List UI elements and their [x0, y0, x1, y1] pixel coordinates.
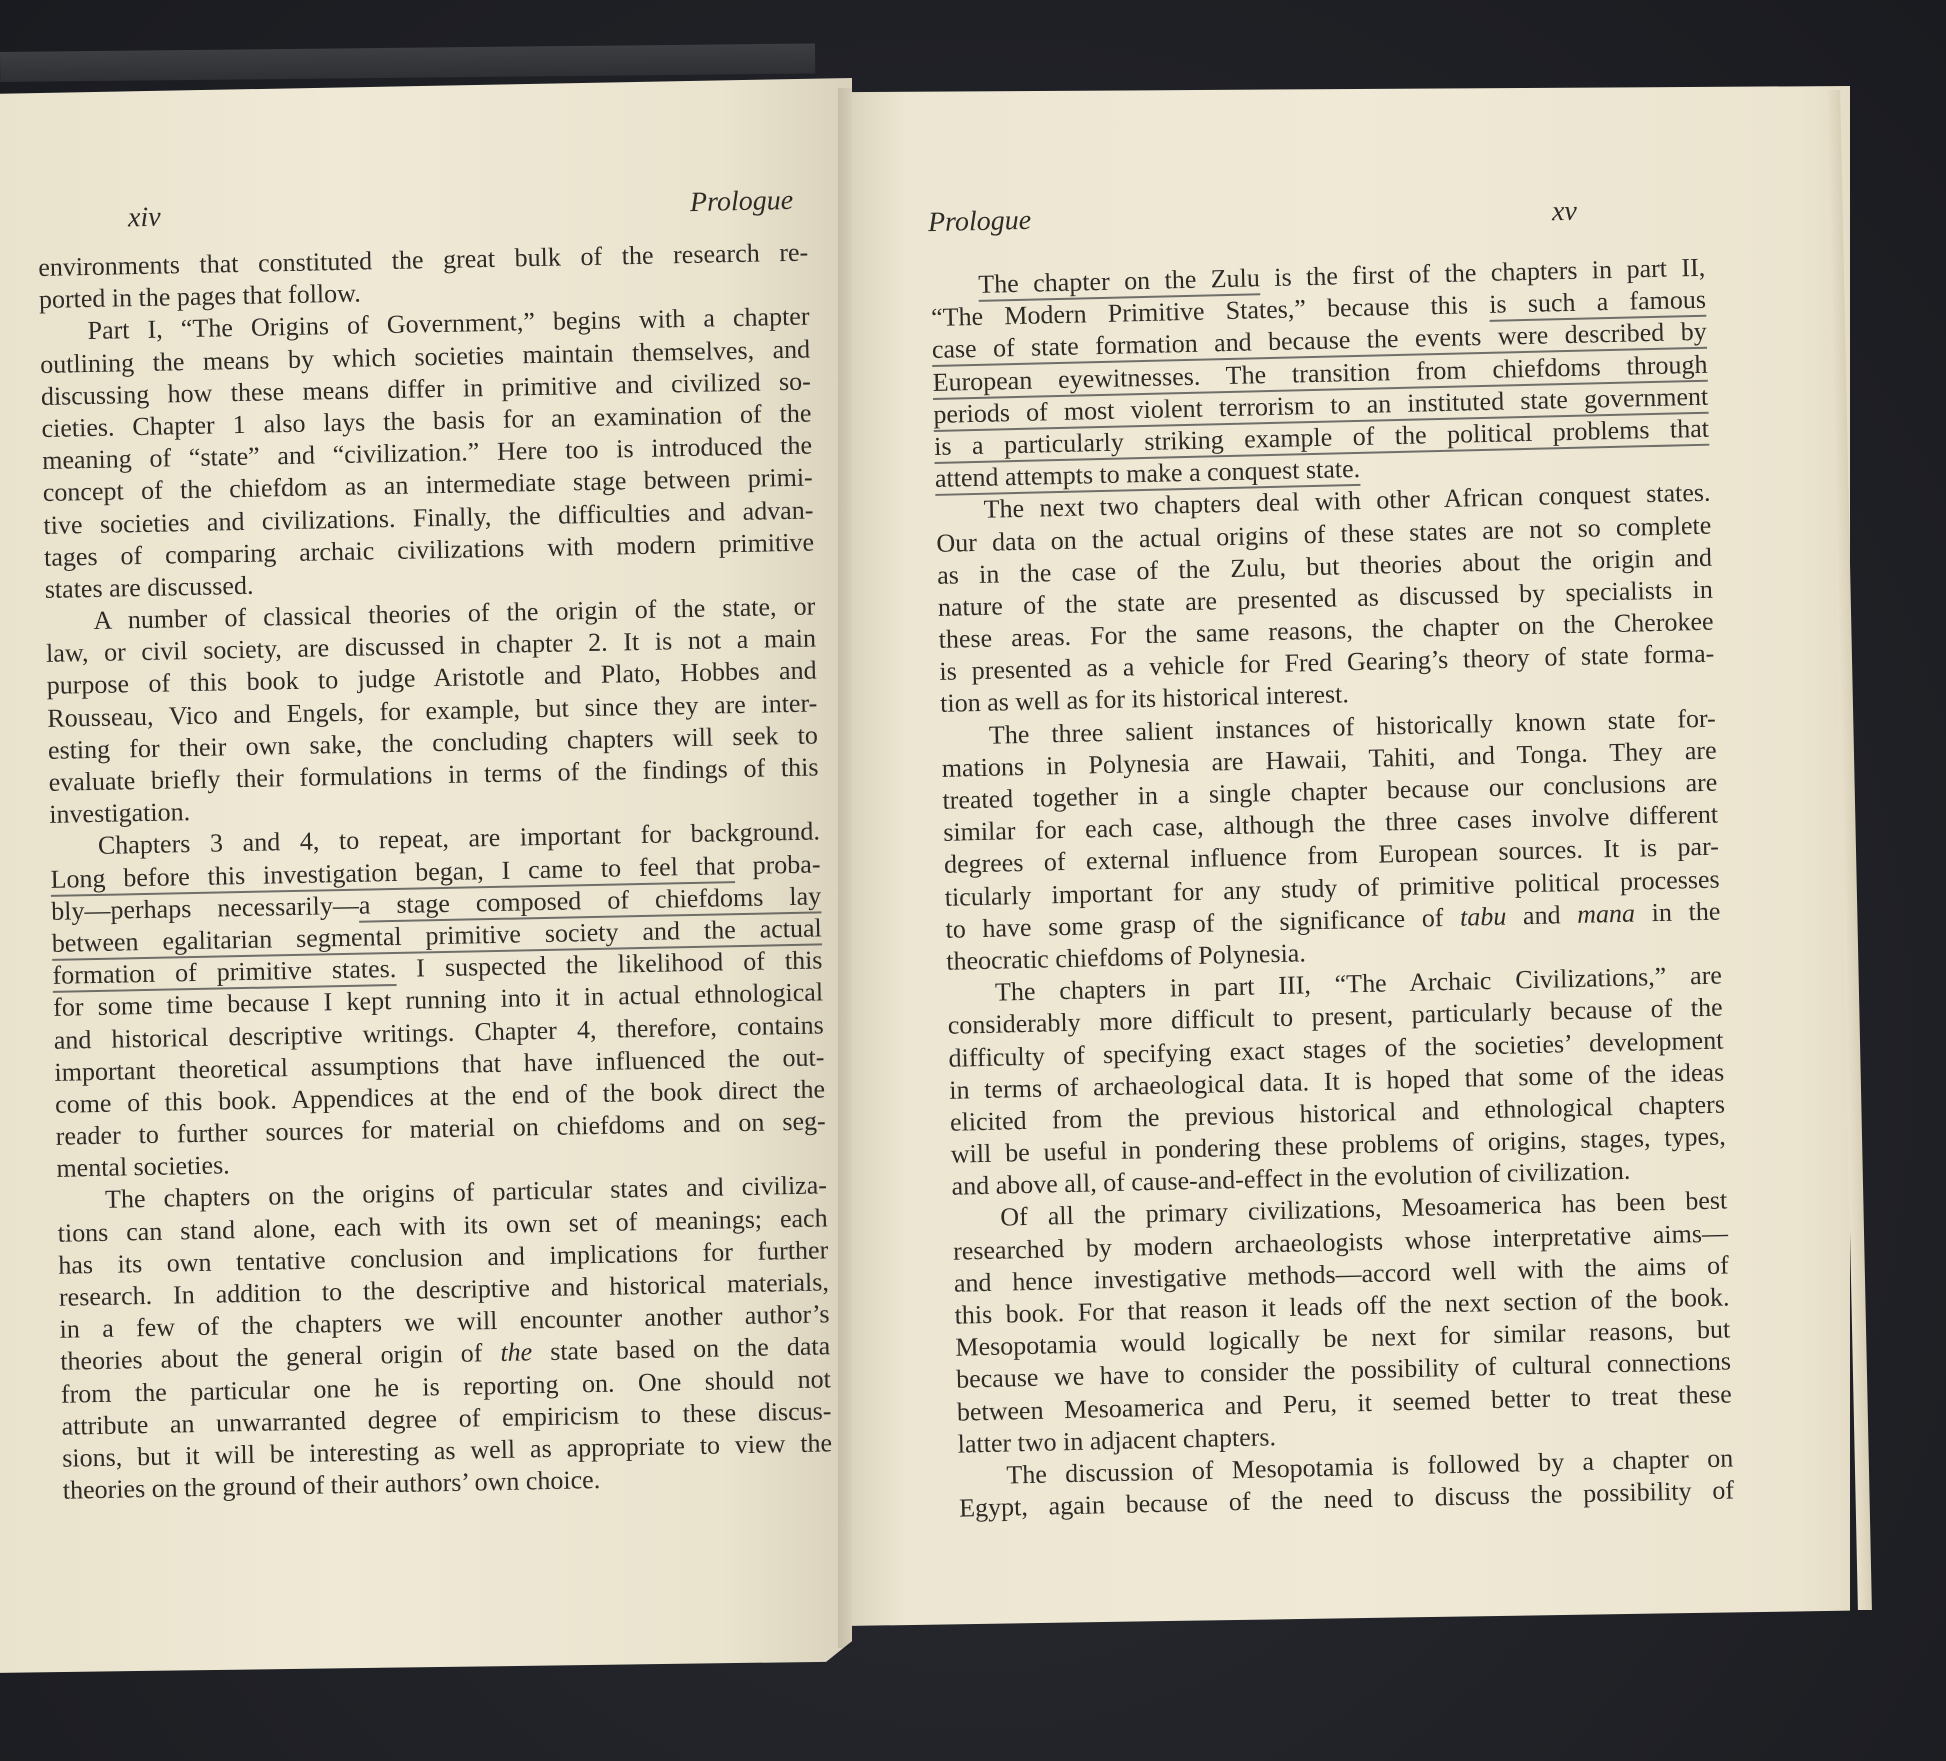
right-page-body: The chapter on the Zulu is the first of …	[930, 252, 1734, 1525]
italic-emphasis: the	[500, 1338, 532, 1368]
right-page-number: xv	[1552, 196, 1578, 229]
left-page-number: xiv	[128, 202, 161, 235]
italic-term: tabu	[1460, 901, 1507, 931]
left-page-body: environments that constituted the great …	[38, 237, 833, 1508]
book-cover-edge	[0, 43, 815, 82]
pencil-underline: is such a famous	[1489, 285, 1706, 319]
italic-term: mana	[1577, 898, 1635, 928]
left-running-head: Prologue	[690, 185, 794, 219]
book-gutter	[838, 88, 852, 1648]
pencil-underline: formation of primitive states.	[52, 954, 396, 990]
right-running-head: Prologue	[928, 205, 1032, 239]
pencil-underline: The chapter on the Zulu	[978, 263, 1260, 299]
